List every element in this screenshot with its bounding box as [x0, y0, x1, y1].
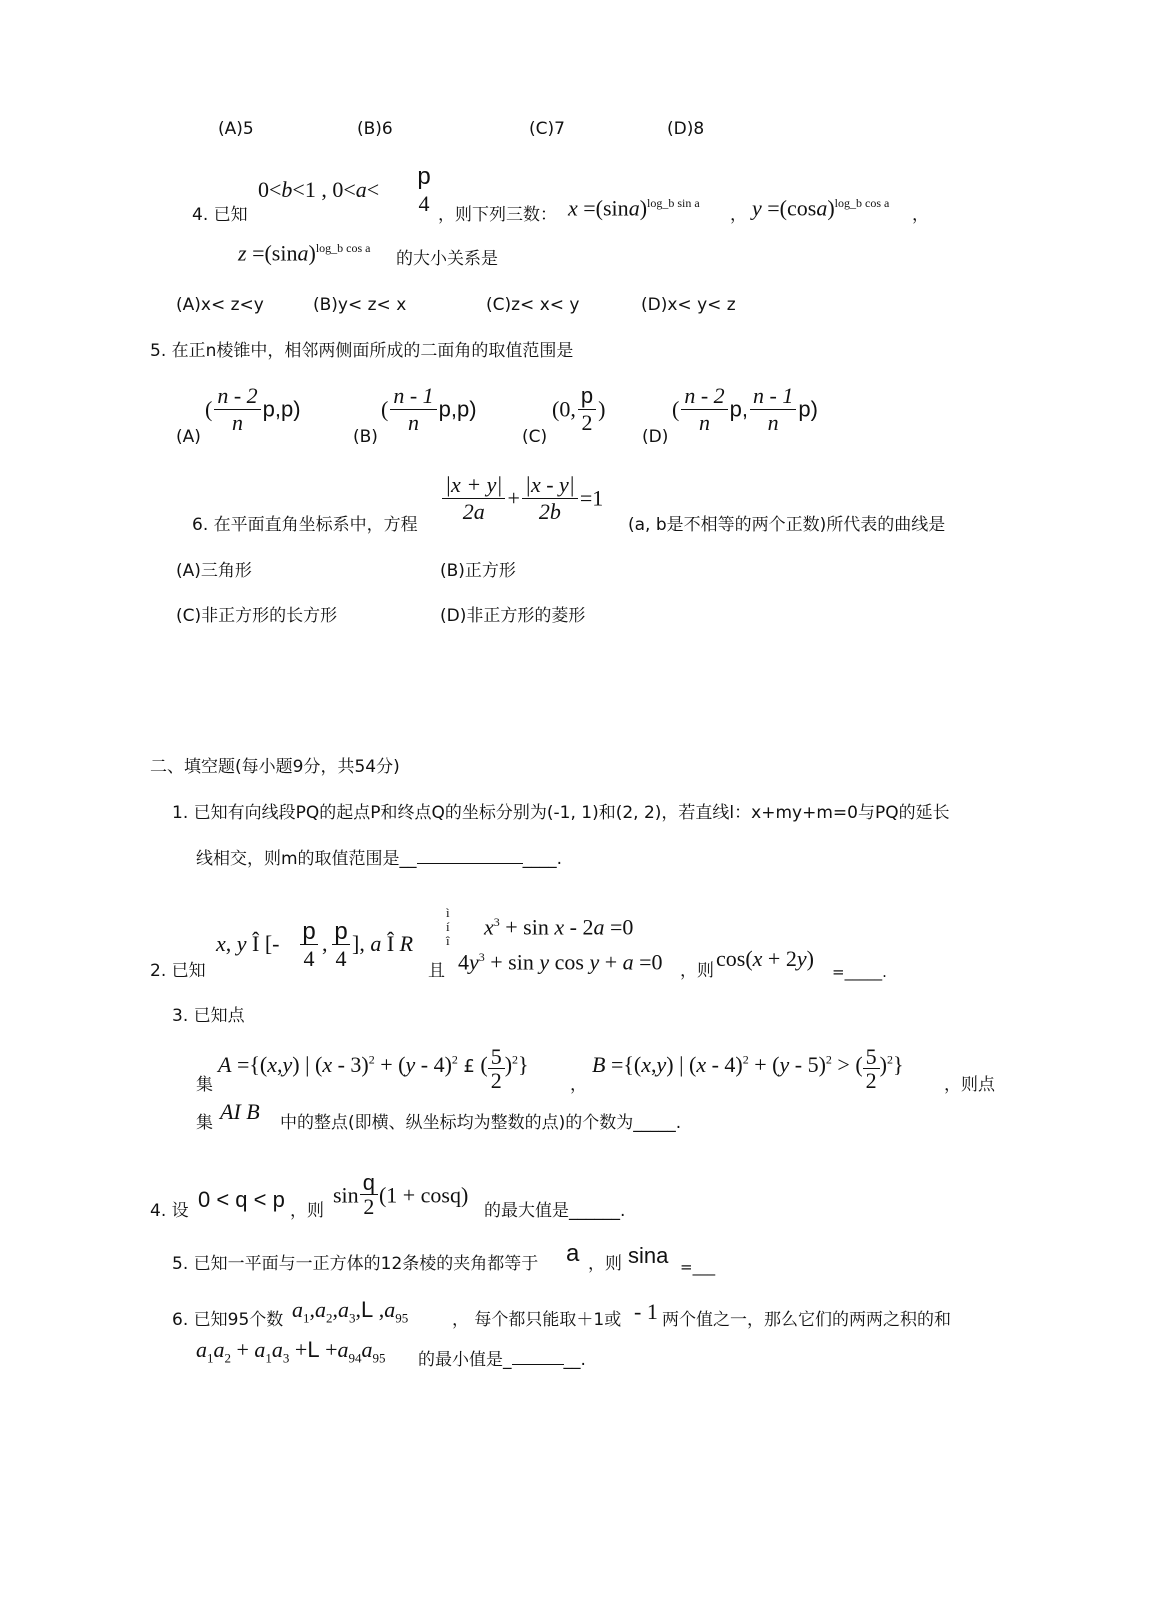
comma: ，: [570, 1075, 587, 1095]
q4-then: ，则: [290, 1201, 324, 1221]
q4-expression: sinq2(1 + cosq): [333, 1172, 468, 1219]
set-a-formula: A ={(x,y) | (x - 3)2 + (y - 4)2 £ (52)2}: [218, 1046, 529, 1093]
pi-fraction: p 4: [332, 920, 350, 973]
system-eq2: 4y3 + sin y cos y + a =0: [458, 945, 663, 974]
q4-condition: 0 < q < p: [198, 1188, 285, 1212]
q3-prefix: 3. 已知点: [172, 1006, 245, 1026]
q5-text: 5. 已知一平面与一正方体的12条棱的夹角都等于: [172, 1254, 538, 1274]
neg-one: - 1: [634, 1300, 658, 1324]
ji-label: 集: [196, 1075, 213, 1095]
condition-formula: 0<b<1 , 0<a<: [258, 178, 379, 202]
q6-prefix: 6. 已知95个数: [172, 1310, 283, 1330]
option-a: (A)三角形: [176, 561, 252, 581]
option-a: (A)x< z<y: [176, 295, 264, 315]
text-tail: 的大小关系是: [396, 249, 498, 269]
option-d: (D)8: [667, 119, 704, 139]
q5-blank: =___: [680, 1257, 715, 1277]
target-expression: cos(x + 2y): [716, 947, 814, 971]
question-tail: (a, b是不相等的两个正数)所代表的曲线是: [628, 515, 945, 535]
option-b: (B)正方形: [440, 561, 516, 581]
equation: |x + y|2a+|x - y|2b=1: [440, 472, 603, 525]
option-a-label: (A): [176, 427, 201, 447]
set-b-formula: B ={(x,y) | (x - 4)2 + (y - 5)2 > (52)2}: [592, 1046, 904, 1093]
option-d-label: (D): [642, 427, 668, 447]
system-eq1: x3 + sin x - 2a =0: [484, 910, 633, 939]
neg-pi-fraction: p 4: [300, 920, 318, 973]
q4-tail: 的最大值是______.: [484, 1201, 625, 1221]
q5-then: ，则: [588, 1254, 622, 1274]
comma: ，: [912, 205, 929, 225]
q1-line1: 1. 已知有向线段PQ的起点P和终点Q的坐标分别为(-1, 1)和(2, 2)，…: [172, 803, 950, 823]
sum-expression: a1a2 + a1a3 +L +a94a95: [196, 1338, 386, 1370]
question-number: 4. 已知: [192, 205, 248, 225]
option-d: (D)x< y< z: [641, 295, 736, 315]
question-stem: 6. 在平面直角坐标系中，方程: [192, 515, 418, 535]
ji-label: 集: [196, 1113, 213, 1133]
q2-answer-blank: =_____.: [832, 962, 887, 982]
x-formula: x =(sina)log_b sin a: [568, 191, 700, 220]
q6-tail2: 的最小值是___.: [418, 1350, 586, 1370]
option-a-formula: (n - 2np,p): [205, 383, 301, 436]
option-b-formula: (n - 1np,p): [381, 383, 477, 436]
sequence: a1,a2,a3,L ,a95: [292, 1298, 408, 1330]
q2-then: ，则: [680, 961, 714, 981]
y-formula: y =(cosa)log_b cos a: [752, 191, 889, 220]
q4-prefix: 4. 设: [150, 1201, 189, 1221]
option-d: (D)非正方形的菱形: [440, 606, 585, 626]
z-formula: z =(sina)log_b cos a: [238, 236, 370, 265]
question-stem: 5. 在正n棱锥中，相邻两侧面所成的二面角的取值范围是: [150, 341, 573, 361]
option-c-formula: (0,p2): [552, 383, 605, 436]
option-b: (B)6: [357, 119, 393, 139]
option-a: (A)5: [218, 119, 254, 139]
pi-fraction: p 4: [414, 165, 434, 219]
q3-tail: 中的整点(即横、纵坐标均为整数的点)的个数为_____.: [280, 1113, 681, 1133]
q2-cond-tail: ], a Î R: [352, 932, 413, 956]
option-b: (B)y< z< x: [313, 295, 406, 315]
option-c: (C)7: [529, 119, 565, 139]
text-then: ，则下列三数：: [438, 205, 557, 225]
option-d-formula: (n - 2np,n - 1np): [672, 383, 818, 436]
q2-prefix: 2. 已知: [150, 961, 206, 981]
q3-then-point: ，则点: [944, 1075, 995, 1095]
brace-icon: ìíî: [446, 906, 450, 948]
section-title: 二、填空题(每小题9分，共54分): [150, 757, 400, 777]
option-c: (C)z< x< y: [486, 295, 579, 315]
qie: 且: [428, 961, 445, 981]
comma: ，: [730, 205, 747, 225]
intersection-symbol: AI B: [220, 1100, 260, 1124]
q6-mid: ， 每个都只能取＋1或: [452, 1310, 621, 1330]
option-b-label: (B): [353, 427, 378, 447]
alpha-symbol: a: [566, 1242, 579, 1266]
q2-condition: x, y Î [-: [216, 932, 280, 956]
sin-alpha: sina: [628, 1244, 668, 1268]
q6-tail: 两个值之一，那么它们的两两之积的和: [662, 1310, 951, 1330]
option-c-label: (C): [522, 427, 547, 447]
q1-line2: 线相交，则m的取值范围是______.: [196, 849, 562, 869]
option-c: (C)非正方形的长方形: [176, 606, 337, 626]
